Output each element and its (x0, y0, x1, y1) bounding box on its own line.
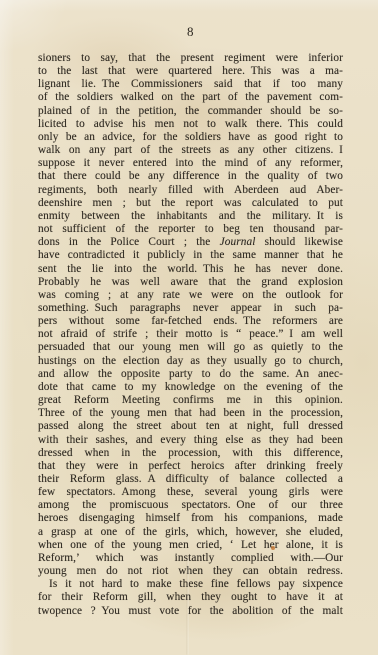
text-segment: for their Reform gill, when they ought t… (38, 591, 343, 603)
text-segment: should likewise (255, 236, 343, 248)
text-line: sioners to say, that the present regimen… (38, 52, 343, 65)
text-segment: heroes disengaging himself from his comp… (38, 512, 343, 524)
text-segment: dressed when in the procession, with thi… (38, 447, 343, 459)
text-line: suppose it never entered into the mind o… (38, 157, 343, 170)
text-line: when one of the young men cried, ‘ Let h… (38, 539, 343, 552)
text-segment: with their sashes, and every thing else … (38, 434, 343, 446)
text-segment: something. Such paragraphs never appear … (38, 302, 343, 314)
text-line: pers without some far-fetched ends. The … (38, 315, 343, 328)
text-line: Is it not hard to make these fine fellow… (38, 578, 343, 591)
text-line: that there could be any difference in th… (38, 170, 343, 183)
text-segment: pers without some far-fetched ends. The … (38, 315, 343, 327)
text-line: for their Reform gill, when they ought t… (38, 591, 343, 604)
text-line: Three of the young men that had been in … (38, 407, 343, 420)
paper-crease (186, 558, 189, 655)
text-segment: not afraid of strife ; their motto is “ … (38, 328, 343, 340)
text-line: Probably he was well aware that the gran… (38, 276, 343, 289)
text-segment: walk on any part of the streets as any o… (38, 144, 343, 156)
text-segment: among the promiscuous spectators. One of… (38, 499, 343, 511)
text-line: not sufficient of the reporter to beg te… (38, 223, 343, 236)
text-segment: hustings on the election day as they usu… (38, 355, 343, 367)
text-line: to the last that were quartered here. Th… (38, 65, 343, 78)
text-segment: to the last that were quartered here. Th… (38, 65, 343, 77)
text-segment: have contradicted it publicly in the sam… (38, 249, 343, 261)
text-segment: deenshire men ; but the report was calcu… (38, 197, 343, 209)
text-line: sent the lie into the world. This he has… (38, 263, 343, 276)
rust-speck-stain (271, 546, 275, 550)
text-segment: of the soldiers walked on the part of th… (38, 91, 343, 103)
text-line: their Reform glass. A difficulty of bala… (38, 473, 343, 486)
text-segment: their Reform glass. A difficulty of bala… (38, 473, 343, 485)
text-line: heroes disengaging himself from his comp… (38, 512, 343, 525)
text-segment: when one of the young men cried, ‘ Let h… (38, 539, 343, 551)
page-number: 8 (38, 24, 343, 40)
text-segment: great Reform Meeting confirms me in this… (38, 394, 343, 406)
text-line: hustings on the election day as they usu… (38, 355, 343, 368)
text-line: have contradicted it publicly in the sam… (38, 249, 343, 262)
text-segment: persuaded that our young men will go as … (38, 341, 343, 353)
text-line: among the promiscuous spectators. One of… (38, 499, 343, 512)
text-line: great Reform Meeting confirms me in this… (38, 394, 343, 407)
text-segment: sioners to say, that the present regimen… (38, 52, 343, 64)
text-segment: Reform,’ which was instantly complied wi… (38, 552, 343, 564)
text-line: plained of in the petition, the commande… (38, 105, 343, 118)
text-segment: licited to advise his men not to walk th… (38, 118, 343, 130)
text-line: of the soldiers walked on the part of th… (38, 91, 343, 104)
text-line: a grasp at one of the girls, which, howe… (38, 526, 343, 539)
text-segment: Is it not hard to make these fine fellow… (49, 578, 343, 590)
text-line: enmity between the inhabitants and the m… (38, 210, 343, 223)
text-segment: dons in the Police Court ; the (38, 236, 220, 248)
text-line: not afraid of strife ; their motto is “ … (38, 328, 343, 341)
text-line: licited to advise his men not to walk th… (38, 118, 343, 131)
text-line: and allow the opposite party to do the s… (38, 368, 343, 381)
italic-text-segment: Journal (220, 236, 256, 248)
text-line: with their sashes, and every thing else … (38, 434, 343, 447)
text-line: persuaded that our young men will go as … (38, 341, 343, 354)
text-line: young men do not riot when they can obta… (38, 565, 343, 578)
text-segment: regiments, both nearly filled with Aberd… (38, 184, 343, 196)
text-line: regiments, both nearly filled with Aberd… (38, 184, 343, 197)
text-segment: that there could be any difference in th… (38, 170, 343, 182)
text-segment: enmity between the inhabitants and the m… (38, 210, 343, 222)
text-segment: few spectators. Among these, several you… (38, 486, 343, 498)
text-segment: Three of the young men that had been in … (38, 407, 343, 419)
text-line: Reform,’ which was instantly complied wi… (38, 552, 343, 565)
text-segment: sent the lie into the world. This he has… (38, 263, 343, 275)
text-line: something. Such paragraphs never appear … (38, 302, 343, 315)
text-line: twopence ? You must vote for the aboliti… (38, 605, 343, 618)
text-segment: only be an advice, for the soldiers have… (38, 131, 343, 143)
text-segment: suppose it never entered into the mind o… (38, 157, 343, 169)
text-line: dote that came to my knowledge on the ev… (38, 381, 343, 394)
text-segment: passed along the street about ten at nig… (38, 420, 343, 432)
text-line: walk on any part of the streets as any o… (38, 144, 343, 157)
scanned-book-page: 8 sioners to say, that the present regim… (0, 0, 378, 655)
text-segment: dote that came to my knowledge on the ev… (38, 381, 343, 393)
text-segment: was coming ; at any rate we were on the … (38, 289, 343, 301)
text-line: dons in the Police Court ; the Journal s… (38, 236, 343, 249)
text-segment: not sufficient of the reporter to beg te… (38, 223, 343, 235)
text-line: few spectators. Among these, several you… (38, 486, 343, 499)
text-segment: that they were in perfect heroics after … (38, 460, 343, 472)
text-line: was coming ; at any rate we were on the … (38, 289, 343, 302)
text-segment: lignant lie. The Commissioners said that… (38, 78, 343, 90)
text-segment: a grasp at one of the girls, which, howe… (38, 526, 343, 538)
text-segment: twopence ? You must vote for the aboliti… (38, 605, 343, 617)
text-segment: young men do not riot when they can obta… (38, 565, 343, 577)
text-line: lignant lie. The Commissioners said that… (38, 78, 343, 91)
text-line: only be an advice, for the soldiers have… (38, 131, 343, 144)
text-line: that they were in perfect heroics after … (38, 460, 343, 473)
text-block: sioners to say, that the present regimen… (38, 52, 343, 618)
text-segment: Probably he was well aware that the gran… (38, 276, 343, 288)
text-segment: and allow the opposite party to do the s… (38, 368, 343, 380)
text-line: deenshire men ; but the report was calcu… (38, 197, 343, 210)
text-line: passed along the street about ten at nig… (38, 420, 343, 433)
text-line: dressed when in the procession, with thi… (38, 447, 343, 460)
text-segment: plained of in the petition, the commande… (38, 105, 343, 117)
